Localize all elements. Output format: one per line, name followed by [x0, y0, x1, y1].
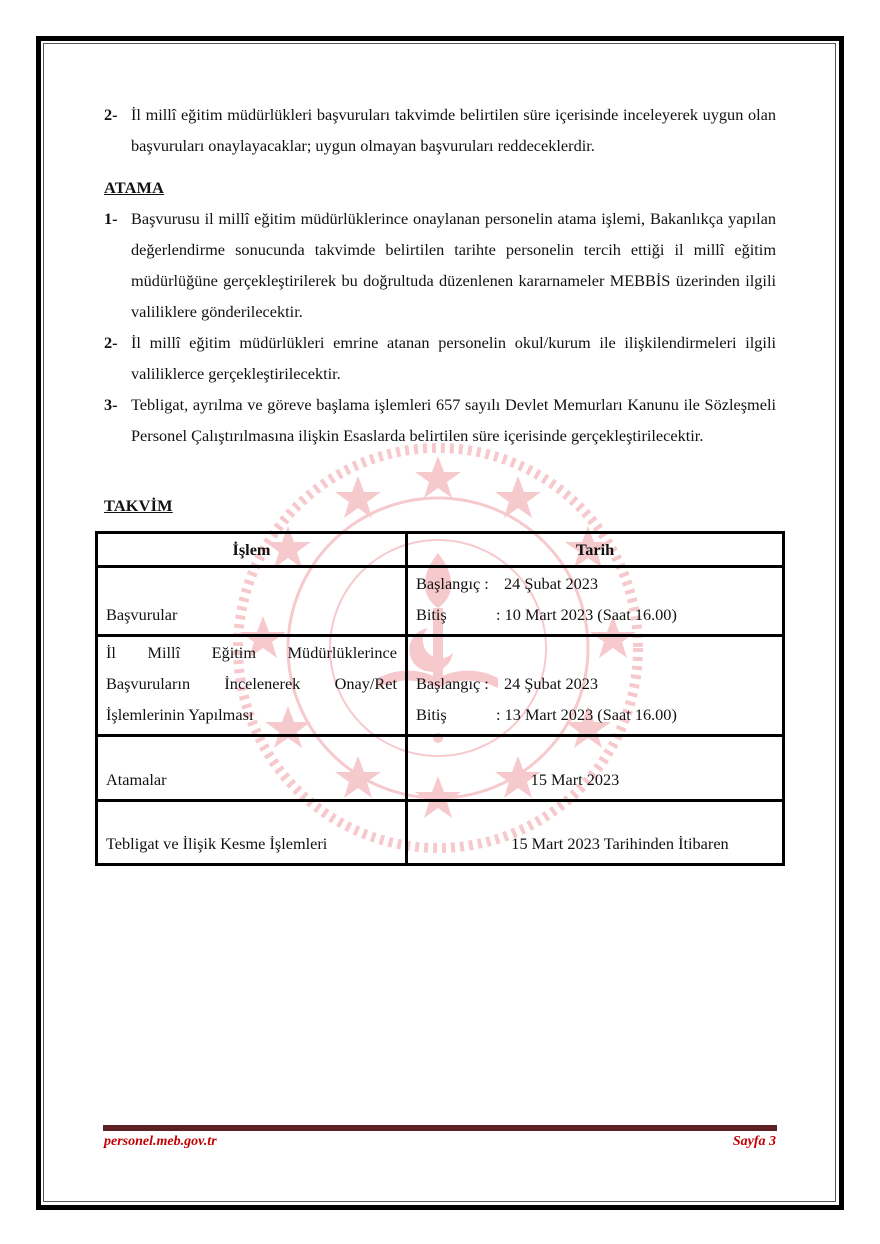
end-value: : 13 Mart 2023 (Saat 16.00): [496, 699, 677, 730]
item-text: Tebligat, ayrılma ve göreve başlama işle…: [131, 389, 776, 451]
tarih-text: 15 Mart 2023: [416, 764, 774, 795]
tarih-cell: Başlangıç : 24 Şubat 2023 Bitiş : 10 Mar…: [407, 567, 784, 636]
end-label: Bitiş: [416, 599, 496, 630]
tarih-text: 15 Mart 2023 Tarihinden İtibaren: [416, 828, 774, 859]
item-number: 2-: [104, 327, 118, 358]
end-label: Bitiş: [416, 699, 496, 730]
islem-cell: Başvurular: [97, 567, 407, 636]
column-header-islem: İşlem: [97, 533, 407, 567]
tarih-cell: 15 Mart 2023: [407, 736, 784, 801]
end-value: : 10 Mart 2023 (Saat 16.00): [496, 599, 677, 630]
start-date: Başlangıç : 24 Şubat 2023: [416, 668, 774, 699]
table-row: İl Millî Eğitim Müdürlüklerince Başvurul…: [97, 636, 784, 736]
item-text: İl millî eğitim müdürlükleri başvuruları…: [131, 99, 776, 161]
column-header-tarih: Tarih: [407, 533, 784, 567]
islem-cell: İl Millî Eğitim Müdürlüklerince Başvurul…: [97, 636, 407, 736]
footer-website: personel.meb.gov.tr: [104, 1134, 217, 1150]
islem-line: İşlemlerinin Yapılması: [106, 699, 397, 730]
end-date: Bitiş : 10 Mart 2023 (Saat 16.00): [416, 599, 774, 630]
start-value: 24 Şubat 2023: [504, 668, 598, 699]
footer-page-number: Sayfa 3: [733, 1134, 776, 1150]
islem-line: İl Millî Eğitim Müdürlüklerince: [106, 637, 397, 668]
atama-item-2: 2- İl millî eğitim müdürlükleri emrine a…: [104, 327, 776, 389]
takvim-heading: TAKVİM: [104, 496, 173, 516]
start-label: Başlangıç :: [416, 668, 496, 699]
atama-item-1: 1- Başvurusu il millî eğitim müdürlükler…: [104, 203, 776, 327]
islem-text: Tebligat ve İlişik Kesme İşlemleri: [106, 828, 397, 859]
item-text: İl millî eğitim müdürlükleri emrine atan…: [131, 327, 776, 389]
islem-text: Atamalar: [106, 764, 397, 795]
takvim-table: İşlem Tarih Başvurular Başlangıç : 24 Şu…: [95, 531, 785, 866]
table-row: Atamalar 15 Mart 2023: [97, 736, 784, 801]
item-number: 1-: [104, 203, 118, 234]
tarih-cell: Başlangıç : 24 Şubat 2023 Bitiş : 13 Mar…: [407, 636, 784, 736]
tarih-cell: 15 Mart 2023 Tarihinden İtibaren: [407, 801, 784, 865]
footer-divider: [103, 1125, 777, 1131]
end-date: Bitiş : 13 Mart 2023 (Saat 16.00): [416, 699, 774, 730]
start-label: Başlangıç :: [416, 568, 496, 599]
atama-heading: ATAMA: [104, 178, 164, 198]
atama-item-3: 3- Tebligat, ayrılma ve göreve başlama i…: [104, 389, 776, 451]
islem-line: Başvuruların İncelenerek Onay/Ret: [106, 668, 397, 699]
start-date: Başlangıç : 24 Şubat 2023: [416, 568, 774, 599]
table-row: Tebligat ve İlişik Kesme İşlemleri 15 Ma…: [97, 801, 784, 865]
table-header-row: İşlem Tarih: [97, 533, 784, 567]
start-value: 24 Şubat 2023: [504, 568, 598, 599]
item-number: 2-: [104, 99, 118, 130]
islem-cell: Atamalar: [97, 736, 407, 801]
item-number: 3-: [104, 389, 118, 420]
intro-item: 2- İl millî eğitim müdürlükleri başvurul…: [104, 99, 776, 161]
item-text: Başvurusu il millî eğitim müdürlüklerinc…: [131, 203, 776, 327]
islem-text: Başvurular: [106, 599, 397, 630]
table-row: Başvurular Başlangıç : 24 Şubat 2023 Bit…: [97, 567, 784, 636]
islem-cell: Tebligat ve İlişik Kesme İşlemleri: [97, 801, 407, 865]
